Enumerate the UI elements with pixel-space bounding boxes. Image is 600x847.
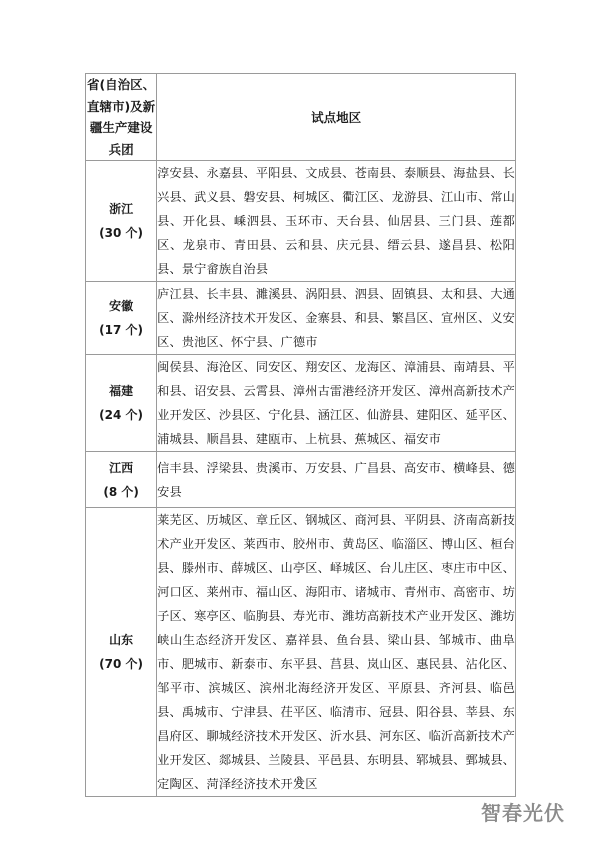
province-name: 江西 [86,456,156,480]
header-pilot-area-column: 试点地区 [157,74,516,161]
province-cell: 浙江 (30 个) [86,161,157,282]
pilot-areas-cell: 信丰县、浮梁县、贵溪市、万安县、广昌县、高安市、横峰县、德安县 [157,452,516,508]
table-row-zhejiang: 浙江 (30 个) 淳安县、永嘉县、平阳县、文成县、苍南县、泰顺县、海盐县、长兴… [86,161,516,282]
pilot-areas-cell: 闽侯县、海沧区、同安区、翔安区、龙海区、漳浦县、南靖县、平和县、诏安县、云霄县、… [157,355,516,452]
pilot-areas-cell: 庐江县、长丰县、濉溪县、涡阳县、泗县、固镇县、太和县、大通区、滁州经济技术开发区… [157,282,516,355]
province-count: (17 个) [86,318,156,342]
province-name: 浙江 [86,197,156,221]
province-cell: 安徽 (17 个) [86,282,157,355]
table-row-jiangxi: 江西 (8 个) 信丰县、浮梁县、贵溪市、万安县、广昌县、高安市、横峰县、德安县 [86,452,516,508]
page-number: 3 [296,776,302,787]
province-cell: 福建 (24 个) [86,355,157,452]
table-row-anhui: 安徽 (17 个) 庐江县、长丰县、濉溪县、涡阳县、泗县、固镇县、太和县、大通区… [86,282,516,355]
pilot-areas-cell: 淳安县、永嘉县、平阳县、文成县、苍南县、泰顺县、海盐县、长兴县、武义县、磐安县、… [157,161,516,282]
province-name: 福建 [86,379,156,403]
pilot-areas-cell: 莱芜区、历城区、章丘区、钢城区、商河县、平阴县、济南高新技术产业开发区、莱西市、… [157,508,516,797]
province-count: (30 个) [86,221,156,245]
table-row-fujian: 福建 (24 个) 闽侯县、海沧区、同安区、翔安区、龙海区、漳浦县、南靖县、平和… [86,355,516,452]
province-count: (24 个) [86,403,156,427]
pilot-areas-table: 省(自治区、直辖市)及新疆生产建设兵团 试点地区 浙江 (30 个) 淳安县、永… [85,73,516,797]
province-count: (8 个) [86,480,156,504]
province-cell: 江西 (8 个) [86,452,157,508]
province-count: (70 个) [86,652,156,676]
table-row-shandong: 山东 (70 个) 莱芜区、历城区、章丘区、钢城区、商河县、平阴县、济南高新技术… [86,508,516,797]
province-cell: 山东 (70 个) [86,508,157,797]
province-name: 山东 [86,628,156,652]
province-name: 安徽 [86,294,156,318]
header-province-column: 省(自治区、直辖市)及新疆生产建设兵团 [86,74,157,161]
table-header-row: 省(自治区、直辖市)及新疆生产建设兵团 试点地区 [86,74,516,161]
watermark-logo-text: 智春光伏 [481,797,565,826]
